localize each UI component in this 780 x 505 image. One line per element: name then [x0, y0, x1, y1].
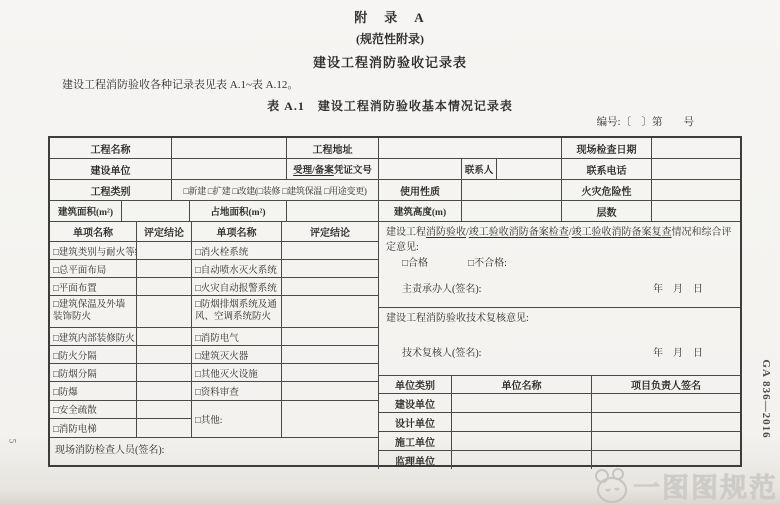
- usage-nature-value: [462, 180, 562, 200]
- checklist-item: □资料审查: [192, 382, 282, 399]
- checklist-item: □安全疏散: [50, 401, 137, 419]
- checklist-row: □总平面布局 □自动喷水灭火系统: [50, 260, 378, 278]
- project-name-value: [172, 138, 287, 158]
- floors-label: 层数: [562, 201, 652, 221]
- responsible-sign-label: 主责承办人(签名):: [402, 283, 481, 298]
- result-cell: [282, 296, 378, 326]
- unit-category: 施工单位: [379, 432, 452, 450]
- page-number: 5: [7, 439, 17, 444]
- watermark: 一图图规范: [591, 466, 778, 505]
- record-form-table: 工程名称 工程地址 现场检查日期 建设单位 受理/备案凭证文号 联系人 联系电话…: [48, 136, 742, 467]
- contact-person-value: [497, 159, 562, 179]
- site-check-date-label: 现场检查日期: [562, 138, 652, 158]
- inspectors-row: 现场消防检查人员(签名):: [50, 438, 378, 469]
- checklist-item: □消防电气: [192, 328, 282, 345]
- review-title: 建设工程消防验收技术复核意见:: [386, 312, 733, 327]
- evaluation-title: 建设工程消防验收/竣工验收消防备案检查/竣工验收消防备案复查情况和综合评定意见:: [386, 226, 733, 255]
- units-table: 单位类别 单位名称 项目负责人签名 建设单位 设计单位 施工单位: [379, 376, 740, 469]
- checklist-row: □防火分隔 □建筑灭火器: [50, 346, 378, 364]
- unit-category-header: 单位类别: [379, 376, 452, 393]
- unit-category: 监理单位: [379, 451, 452, 469]
- watermark-text: 一图图规范: [633, 466, 778, 505]
- doc-title: 建设工程消防验收记录表: [0, 52, 780, 71]
- result-cell: [137, 346, 192, 363]
- floors-value: [652, 201, 740, 221]
- pass-fail-line: □合格□不合格:: [386, 257, 733, 272]
- result-cell: [137, 242, 192, 259]
- review-date-placeholder: 年 月 日: [653, 347, 703, 362]
- checklist-item: □防烟排烟系统及通风、空调系统防火: [192, 296, 282, 326]
- acceptance-doc-value: [379, 159, 462, 179]
- checklist-item: □自动喷水灭火系统: [192, 260, 282, 277]
- table-caption: 表 A.1 建设工程消防验收基本情况记录表: [0, 97, 780, 114]
- checklist-item-other: □其他:: [192, 401, 282, 437]
- project-category-options: □新建 □扩建 □改建(□装修 □建筑保温 □用途变更): [172, 180, 379, 200]
- unit-category: 设计单位: [379, 413, 452, 431]
- result-cell: [137, 260, 192, 277]
- reviewer-sign-label: 技术复核人(签名):: [402, 347, 481, 362]
- unit-name-cell: [452, 451, 592, 469]
- eval-underlined-1: 消防验收: [426, 227, 466, 238]
- appendix-heading: 附 录 A (规范性附录) 建设工程消防验收记录表: [0, 7, 780, 71]
- result-cell: [282, 346, 378, 363]
- evaluation-section: 建设工程消防验收/竣工验收消防备案检查/竣工验收消防备案复查情况和综合评定意见:…: [379, 222, 740, 469]
- fail-checkbox-label: □不合格:: [468, 258, 507, 269]
- unit-name-cell: [452, 432, 592, 450]
- checklist-item: □平面布置: [50, 278, 137, 295]
- acceptance-doc-label: 受理/备案凭证文号: [287, 159, 379, 179]
- checklist-item: □建筑类别与耐火等级: [50, 242, 137, 259]
- checklist-row: □建筑类别与耐火等级 □消火栓系统: [50, 242, 378, 260]
- project-name-label: 工程名称: [50, 138, 172, 158]
- checklist-item: □总平面布局: [50, 260, 137, 277]
- unit-principal-header: 项目负责人签名: [592, 376, 740, 393]
- building-area-label: 建筑面积(m²): [50, 201, 122, 221]
- result-cell: [137, 296, 192, 326]
- contact-person-label: 联系人: [462, 159, 497, 179]
- unit-principal-cell: [592, 432, 740, 450]
- acceptance-doc-rest: 凭证文号: [334, 162, 372, 176]
- building-height-value: [462, 201, 562, 221]
- checklist-item: □防火分隔: [50, 346, 137, 363]
- result-cell: [282, 401, 378, 437]
- site-check-date-value: [652, 138, 740, 158]
- result-cell: [282, 278, 378, 295]
- checklist-item: □建筑灭火器: [192, 346, 282, 363]
- responsible-signature-line: 主责承办人(签名): 年 月 日: [386, 283, 733, 298]
- item-header-1: 单项名称: [50, 222, 137, 241]
- unit-category: 建设单位: [379, 394, 452, 412]
- checklist-item: □建筑保温及外墙装饰防火: [50, 296, 137, 326]
- project-address-label: 工程地址: [287, 138, 379, 158]
- unit-row: 建设单位: [379, 394, 740, 413]
- intro-paragraph: 建设工程消防验收各种记录表见表 A.1~表 A.12。: [62, 76, 298, 92]
- contact-phone-value: [652, 159, 740, 179]
- serial-number: 编号:〔 〕第 号: [597, 114, 694, 129]
- unit-principal-cell: [592, 413, 740, 431]
- eval-prefix: 建设工程: [386, 227, 426, 238]
- checklist-row: □建筑内部装修防火 □消防电气: [50, 328, 378, 346]
- result-header-1: 评定结论: [137, 222, 192, 241]
- fire-hazard-label: 火灾危险性: [562, 180, 652, 200]
- unit-row: 设计单位: [379, 413, 740, 432]
- appendix-note: (规范性附录): [0, 30, 780, 47]
- checklist-row: □防爆 □资料审查: [50, 382, 378, 400]
- row-building-area: 建筑面积(m²) 占地面积(m²) 建筑高度(m) 层数: [50, 201, 740, 222]
- eval-underlined-2: 竣工验收消防备案检查: [469, 227, 569, 238]
- row-construction-unit: 建设单位 受理/备案凭证文号 联系人 联系电话: [50, 159, 740, 180]
- checklist-item: □火灾自动报警系统: [192, 278, 282, 295]
- standard-code: GA 836—2016: [760, 349, 772, 449]
- building-height-label: 建筑高度(m): [379, 201, 462, 221]
- result-cell: [137, 328, 192, 345]
- checklist-row: □建筑保温及外墙装饰防火 □防烟排烟系统及通风、空调系统防火: [50, 296, 378, 327]
- checklist-item: □消防电梯: [50, 419, 137, 437]
- mascot-icon: [591, 467, 633, 505]
- unit-name-cell: [452, 413, 592, 431]
- units-header-row: 单位类别 单位名称 项目负责人签名: [379, 376, 740, 394]
- checklist-section: 单项名称 评定结论 单项名称 评定结论 □建筑类别与耐火等级 □消火栓系统 □总…: [50, 222, 379, 469]
- result-cell: [282, 328, 378, 345]
- pass-checkbox-label: □合格: [402, 258, 428, 269]
- result-cell: [137, 401, 191, 419]
- appendix-label: 附 录 A: [0, 7, 780, 26]
- checklist-row: □平面布置 □火灾自动报警系统: [50, 278, 378, 296]
- result-header-2: 评定结论: [282, 222, 378, 241]
- contact-phone-label: 联系电话: [562, 159, 652, 179]
- item-header-2: 单项名称: [192, 222, 282, 241]
- construction-unit-value: [172, 159, 287, 179]
- checklist-stack: □安全疏散 □消防电梯: [50, 401, 192, 437]
- project-address-value: [379, 138, 562, 158]
- unit-name-header: 单位名称: [452, 376, 592, 393]
- result-cell: [137, 278, 192, 295]
- date-placeholder: 年 月 日: [653, 283, 703, 298]
- result-cell: [137, 419, 191, 437]
- checklist-item: □建筑内部装修防火: [50, 328, 137, 345]
- technical-review-cell: 建设工程消防验收技术复核意见: 技术复核人(签名): 年 月 日: [379, 308, 740, 376]
- checklist-item: □其他灭火设施: [192, 364, 282, 381]
- row-project-name: 工程名称 工程地址 现场检查日期: [50, 138, 740, 159]
- construction-unit-label: 建设单位: [50, 159, 172, 179]
- checklist-item: □消火栓系统: [192, 242, 282, 259]
- result-cell: [137, 364, 192, 381]
- fire-hazard-value: [652, 180, 740, 200]
- result-cell: [137, 382, 192, 399]
- land-area-value: [287, 201, 379, 221]
- checklist-item: □防爆: [50, 382, 137, 399]
- checklist-header-row: 单项名称 评定结论 单项名称 评定结论: [50, 222, 378, 242]
- eval-underlined-3: 竣工验收消防备案复查: [572, 227, 672, 238]
- overall-evaluation-cell: 建设工程消防验收/竣工验收消防备案检查/竣工验收消防备案复查情况和综合评定意见:…: [379, 222, 740, 308]
- acceptance-doc-underlined: 受理/备案: [293, 162, 334, 176]
- building-area-value: [122, 201, 190, 221]
- inspectors-label: 现场消防检查人员(签名):: [50, 438, 378, 469]
- unit-principal-cell: [592, 394, 740, 412]
- usage-nature-label: 使用性质: [379, 180, 462, 200]
- result-cell: [282, 382, 378, 399]
- project-category-label: 工程类别: [50, 180, 172, 200]
- result-cell: [282, 260, 378, 277]
- checklist-row-merged: □安全疏散 □消防电梯 □其他:: [50, 401, 378, 438]
- unit-name-cell: [452, 394, 592, 412]
- checklist-row: □防烟分隔 □其他灭火设施: [50, 364, 378, 382]
- reviewer-signature-line: 技术复核人(签名): 年 月 日: [386, 347, 733, 362]
- row-project-category: 工程类别 □新建 □扩建 □改建(□装修 □建筑保温 □用途变更) 使用性质 火…: [50, 180, 740, 201]
- result-cell: [282, 364, 378, 381]
- main-section: 单项名称 评定结论 单项名称 评定结论 □建筑类别与耐火等级 □消火栓系统 □总…: [50, 222, 740, 469]
- result-cell: [282, 242, 378, 259]
- checklist-item: □防烟分隔: [50, 364, 137, 381]
- unit-row: 施工单位: [379, 432, 740, 451]
- land-area-label: 占地面积(m²): [190, 201, 287, 221]
